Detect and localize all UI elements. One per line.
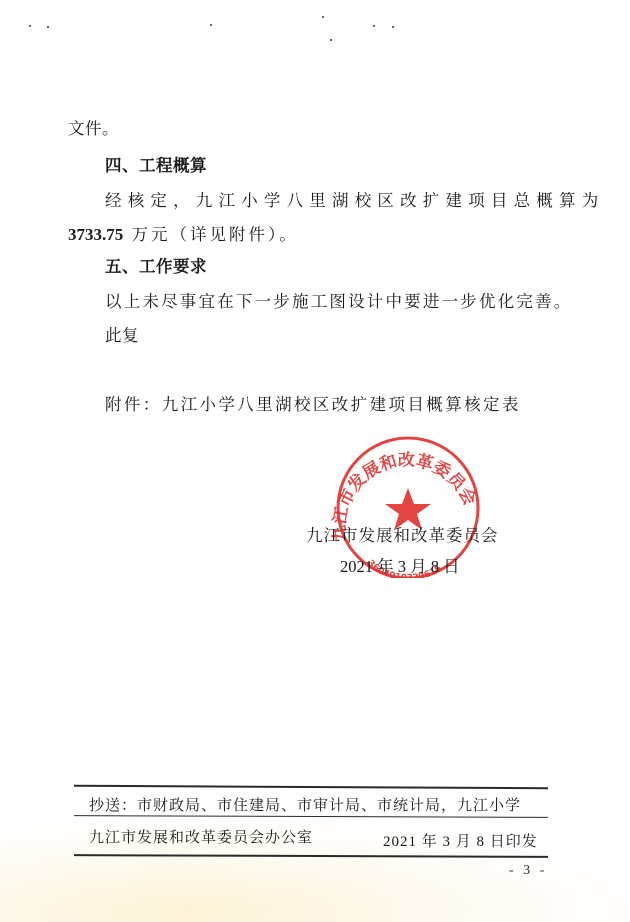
signing-organization: 九江市发展和改革委员会 [306,522,499,546]
scan-speck [29,25,31,27]
footer-rule-top [74,785,548,789]
footer-rule-middle [74,815,548,818]
section-4-body-line1: 经核定，九江小学八里湖校区改扩建项目总概算为 [105,190,604,212]
scan-speck [392,26,394,28]
issuer-office: 九江市发展和改革委员会办公室 [89,826,313,847]
total-budget-amount: 3733.75 [68,225,123,244]
scan-speck [47,26,49,28]
closing-text: 此复 [105,325,139,347]
scan-speck [210,24,212,26]
section-4-heading: 四、工程概算 [105,155,207,177]
scan-speck [322,16,324,18]
scan-speck [373,25,375,27]
section-5-heading: 五、工作要求 [105,256,207,278]
section-5-body: 以上未尽事宜在下一步施工图设计中要进一步优化完善。 [105,291,573,313]
attachment-line: 附件：九江小学八里湖校区改扩建项目概算核定表 [105,394,521,416]
budget-unit-text: 万元（详见附件）。 [123,225,299,244]
section-4-body-line2: 3733.75 万元（详见附件）。 [68,224,299,246]
cc-line: 抄送：市财政局、市住建局、市审计局、市统计局，九江小学 [89,794,521,815]
signing-date: 2021 年 3 月 8 日 [340,553,460,577]
page-number: - 3 - [509,863,547,879]
scan-speck [330,39,332,41]
continuation-text: 文件。 [68,118,119,140]
issue-date: 2021 年 3 月 8 日印发 [383,830,538,851]
